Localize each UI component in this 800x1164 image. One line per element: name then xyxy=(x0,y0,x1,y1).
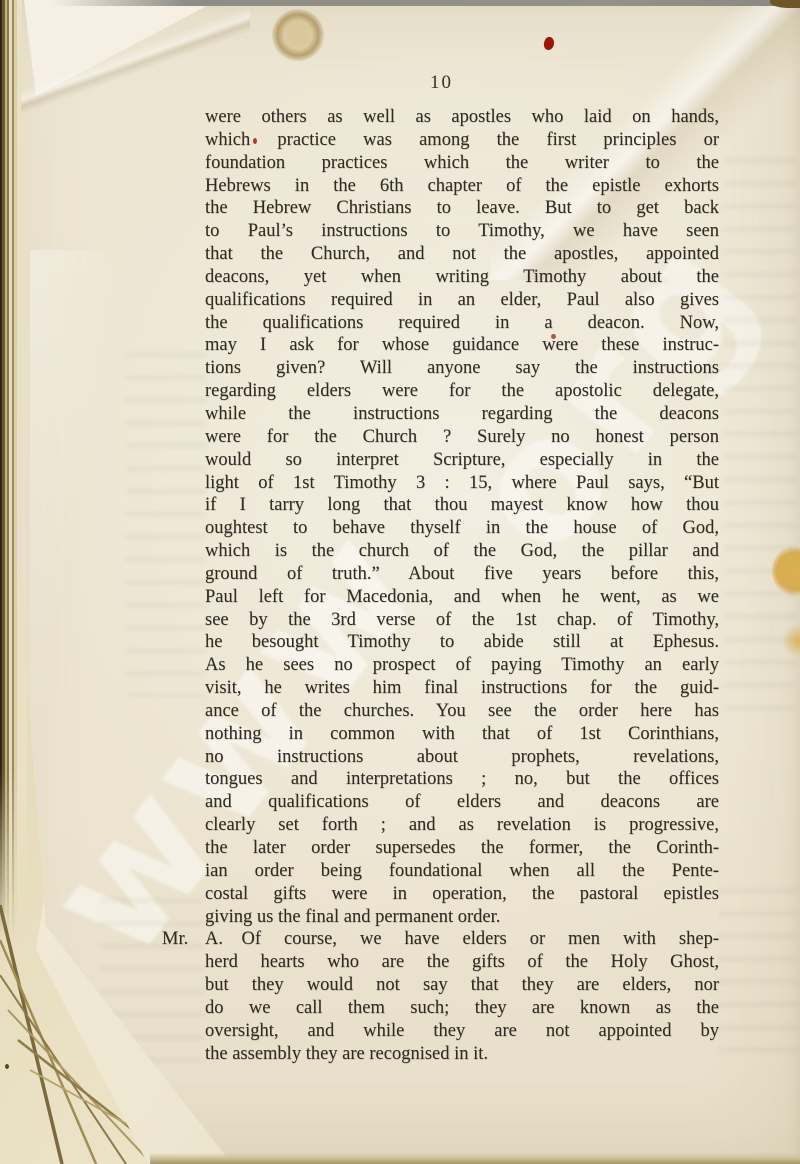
dark-speck xyxy=(5,1064,9,1069)
yellow-stain-right-edge xyxy=(772,546,800,596)
text-line: oversight, and while they are not appoin… xyxy=(205,1020,719,1043)
text-line: ground of truth.” About five years befor… xyxy=(205,563,719,586)
brown-stain xyxy=(272,9,324,61)
page-paper: org www 10 were others as well as apostl… xyxy=(0,0,800,1164)
text-line: regarding elders were for the apostolic … xyxy=(205,380,719,403)
text-line: light of 1st Timothy 3 : 15, where Paul … xyxy=(205,472,719,495)
text-line: but they would not say that they are eld… xyxy=(205,974,719,997)
page-number: 10 xyxy=(430,72,453,94)
text-line: while the instructions regarding the dea… xyxy=(205,403,719,426)
text-line: visit, he writes him final instructions … xyxy=(205,677,719,700)
scanned-book-page: org www 10 were others as well as apostl… xyxy=(0,0,800,1164)
text-line: to Paul’s instructions to Timothy, we ha… xyxy=(205,220,719,243)
text-line: no instructions about prophets, revelati… xyxy=(205,746,719,769)
text-line: may I ask for whose guidance were these … xyxy=(205,334,719,357)
text-line: which is the church of the God, the pill… xyxy=(205,540,719,563)
text-line: and qualifications of elders and deacons… xyxy=(205,791,719,814)
text-line: the Hebrew Christians to leave. But to g… xyxy=(205,197,719,220)
text-line: Hebrews in the 6th chapter of the epistl… xyxy=(205,175,719,198)
yellow-stain-right-edge xyxy=(783,624,800,658)
text-line: the qualifications required in a deacon.… xyxy=(205,312,719,335)
text-line: qualifications required in an elder, Pau… xyxy=(205,289,719,312)
text-line: Paul left for Macedonia, and when he wen… xyxy=(205,586,719,609)
text-line: As he sees no prospect of paying Timothy… xyxy=(205,654,719,677)
text-block: were others as well as apostles who laid… xyxy=(205,106,719,1065)
text-line: do we call them such; they are known as … xyxy=(205,997,719,1020)
text-line: tions given? Will anyone say the instruc… xyxy=(205,357,719,380)
showthrough-text-right-lower xyxy=(718,888,798,1058)
scan-top-edge xyxy=(52,0,800,6)
text-line: that the Church, and not the apostles, a… xyxy=(205,243,719,266)
text-line: which practice was among the first princ… xyxy=(205,129,719,152)
text-line: oughtest to behave thyself in the house … xyxy=(205,517,719,540)
text-line: see by the 3rd verse of the 1st chap. of… xyxy=(205,609,719,632)
showthrough-text-left xyxy=(126,352,206,697)
text-line: were others as well as apostles who laid… xyxy=(205,106,719,129)
text-line: herd hearts who are the gifts of the Hol… xyxy=(205,951,719,974)
speaker-label: Mr. xyxy=(162,928,188,951)
text-line: nothing in common with that of 1st Corin… xyxy=(205,723,719,746)
text-line: the assembly they are recognised in it. xyxy=(205,1043,719,1066)
text-line: costal gifts were in operation, the past… xyxy=(205,883,719,906)
bottom-page-edge xyxy=(150,1153,800,1164)
text-line: would so interpret Scripture, especially… xyxy=(205,449,719,472)
text-line: clearly set forth ; and as revelation is… xyxy=(205,814,719,837)
text-line: giving us the final and permanent order. xyxy=(205,906,719,929)
text-line: foundation practices which the writer to… xyxy=(205,152,719,175)
text-line: he besought Timothy to abide still at Ep… xyxy=(205,631,719,654)
text-line: Mr.A. Of course, we have elders or men w… xyxy=(205,928,719,951)
left-crease-highlight xyxy=(30,250,120,730)
text-line: tongues and interpretations ; no, but th… xyxy=(205,768,719,791)
text-line: if I tarry long that thou mayest know ho… xyxy=(205,494,719,517)
text-line: were for the Church ? Surely no honest p… xyxy=(205,426,719,449)
text-line: ance of the churches. You see the order … xyxy=(205,700,719,723)
text-line: ian order being foundational when all th… xyxy=(205,860,719,883)
text-line: the later order supersedes the former, t… xyxy=(205,837,719,860)
text-line: deacons, yet when writing Timothy about … xyxy=(205,266,719,289)
